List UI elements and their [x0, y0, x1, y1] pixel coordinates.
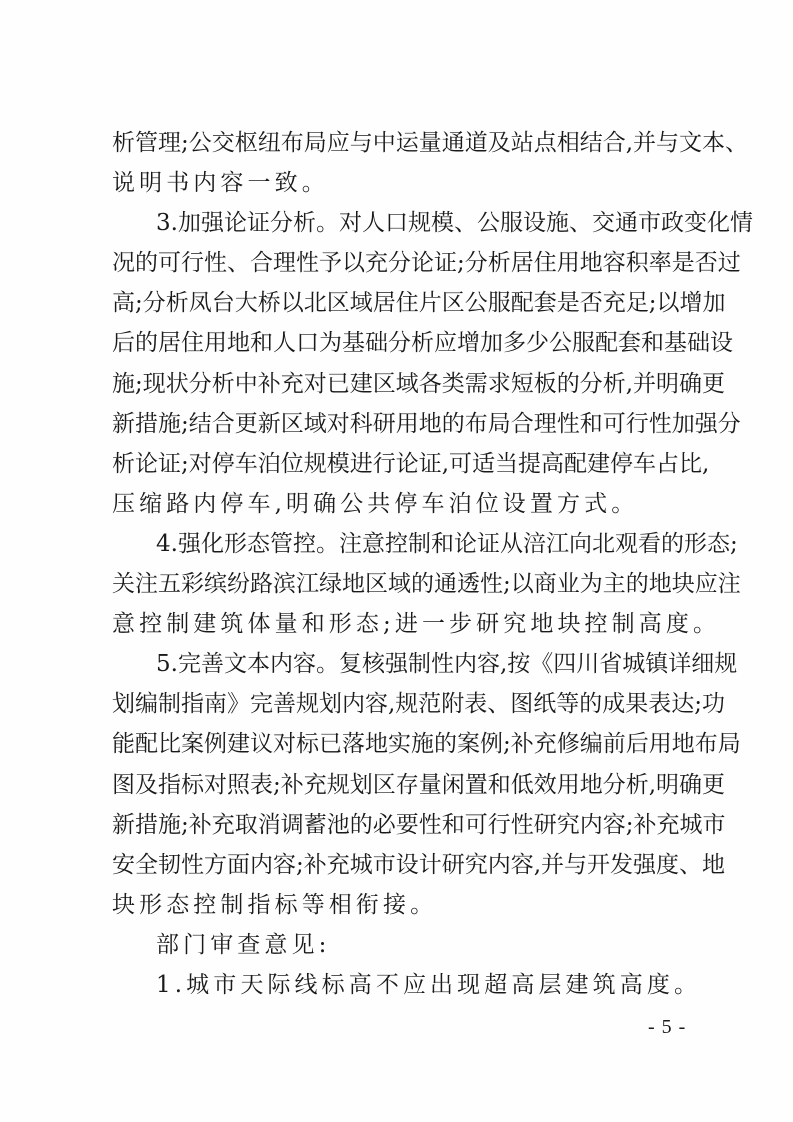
- department-review-heading: 部门审查意见:: [112, 925, 700, 965]
- text-line: 后的居住用地和人口为基础分析应增加多少公服配套和基础设: [112, 323, 700, 363]
- text-line: 安全韧性方面内容;补充城市设计研究内容,并与开发强度、地: [112, 845, 700, 885]
- text-line: 施;现状分析中补充对已建区域各类需求短板的分析,并明确更: [112, 364, 700, 404]
- section-heading-line: 4.强化形态管控。注意控制和论证从涪江向北观看的形态;: [112, 524, 700, 564]
- body-text: 析管理;公交枢纽布局应与中运量通道及站点相结合,并与文本、 说明书内容一致。 3…: [112, 123, 700, 1005]
- text-line: 说明书内容一致。: [112, 163, 700, 203]
- text-line: 能配比案例建议对标已落地实施的案例;补充修编前后用地布局: [112, 724, 700, 764]
- document-page: 析管理;公交枢纽布局应与中运量通道及站点相结合,并与文本、 说明书内容一致。 3…: [0, 0, 793, 1122]
- text-line: 图及指标对照表;补充规划区存量闲置和低效用地分析,明确更: [112, 765, 700, 805]
- text-line: 块形态控制指标等相衔接。: [112, 885, 700, 925]
- text-line: 划编制指南》完善规划内容,规范附表、图纸等的成果表达;功: [112, 684, 700, 724]
- review-item-line: 1.城市天际线标高不应出现超高层建筑高度。: [112, 965, 700, 1005]
- text-line: 况的可行性、合理性予以充分论证;分析居住用地容积率是否过: [112, 243, 700, 283]
- text-line: 析论证;对停车泊位规模进行论证,可适当提高配建停车占比,: [112, 444, 700, 484]
- text-line: 关注五彩缤纷路滨江绿地区域的通透性;以商业为主的地块应注: [112, 564, 700, 604]
- text-line: 析管理;公交枢纽布局应与中运量通道及站点相结合,并与文本、: [112, 123, 700, 163]
- section-heading-line: 3.加强论证分析。对人口规模、公服设施、交通市政变化情: [112, 203, 700, 243]
- page-number: - 5 -: [648, 1016, 686, 1039]
- section-heading-line: 5.完善文本内容。复核强制性内容,按《四川省城镇详细规: [112, 644, 700, 684]
- text-line: 新措施;结合更新区域对科研用地的布局合理性和可行性加强分: [112, 404, 700, 444]
- text-line: 高;分析凤台大桥以北区域居住片区公服配套是否充足;以增加: [112, 283, 700, 323]
- text-line: 新措施;补充取消调蓄池的必要性和可行性研究内容;补充城市: [112, 805, 700, 845]
- text-line: 压缩路内停车,明确公共停车泊位设置方式。: [112, 484, 700, 524]
- text-line: 意控制建筑体量和形态;进一步研究地块控制高度。: [112, 604, 700, 644]
